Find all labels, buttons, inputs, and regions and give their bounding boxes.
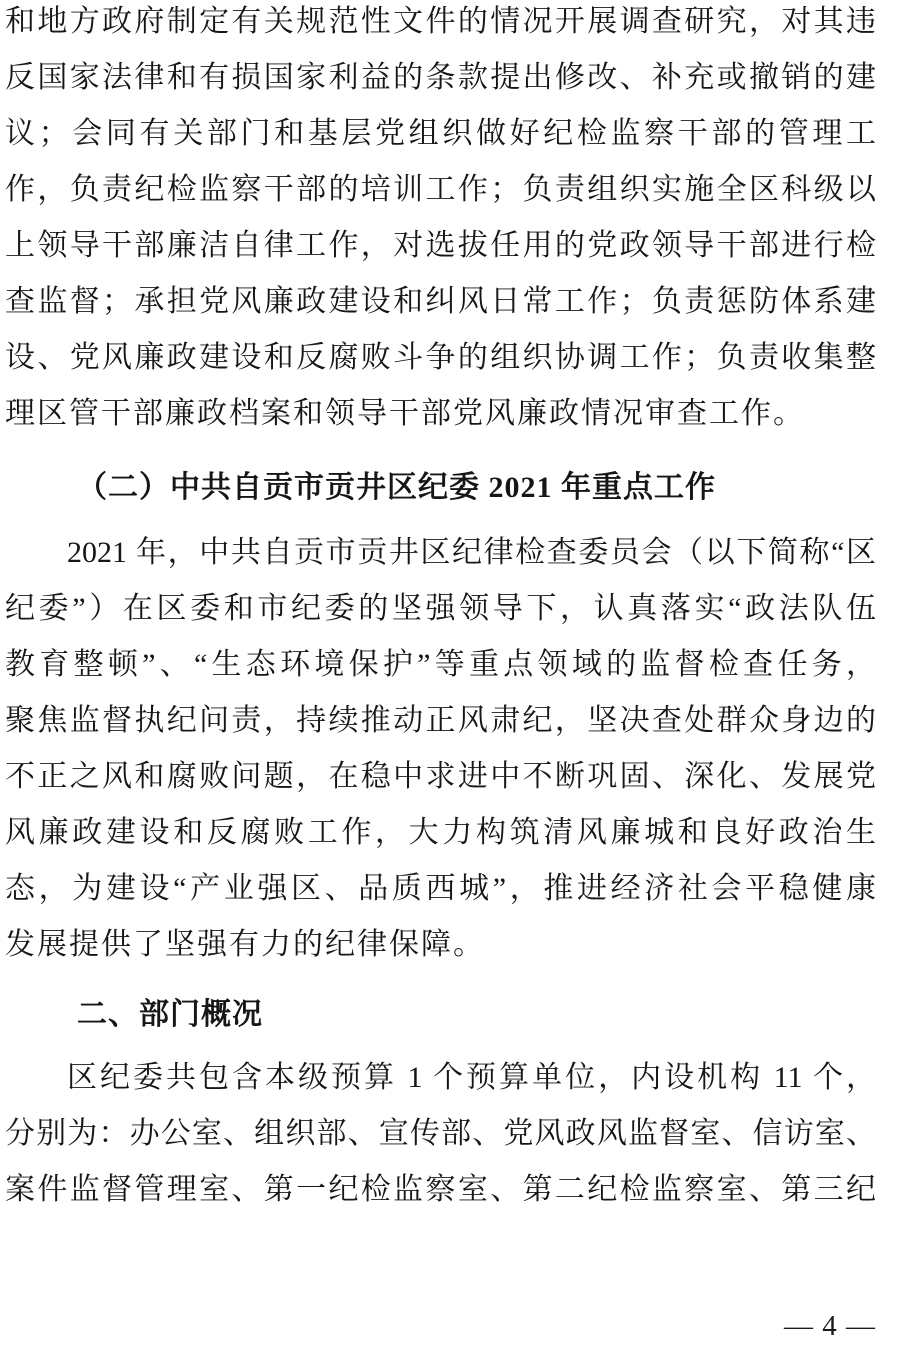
text-line: 风廉政建设和反腐败工作，大力构筑清风廉城和良好政治生 <box>5 805 876 861</box>
text-line: 教育整顿”、“生态环境保护”等重点领域的监督检查任务， <box>5 637 876 693</box>
text-line: 案件监督管理室、第一纪检监察室、第二纪检监察室、第三纪 <box>5 1162 876 1218</box>
text-line: 纪委”）在区委和市纪委的坚强领导下，认真落实“政法队伍 <box>5 581 876 637</box>
text-line: 和地方政府制定有关规范性文件的情况开展调查研究，对其违 <box>5 0 876 50</box>
text-line: 区纪委共包含本级预算 1 个预算单位，内设机构 11 个， <box>5 1050 876 1106</box>
paragraph-keywork: 2021 年，中共自贡市贡井区纪律检查委员会（以下简称“区 纪委”）在区委和市纪… <box>5 525 876 973</box>
section-heading-keywork: （二）中共自贡市贡井区纪委 2021 年重点工作 <box>5 460 876 516</box>
text-line: 反国家法律和有损国家利益的条款提出修改、补充或撤销的建 <box>5 50 876 106</box>
text-line: 聚焦监督执纪问责，持续推动正风肃纪，坚决查处群众身边的 <box>5 693 876 749</box>
text-line: 态，为建设“产业强区、品质西城”，推进经济社会平稳健康 <box>5 861 876 917</box>
text-line: 上领导干部廉洁自律工作，对选拔任用的党政领导干部进行检 <box>5 218 876 274</box>
page-number: — 4 — <box>784 1306 876 1346</box>
text-line: 查监督；承担党风廉政建设和纠风日常工作；负责惩防体系建 <box>5 274 876 330</box>
text-line: 2021 年，中共自贡市贡井区纪律检查委员会（以下简称“区 <box>5 525 876 581</box>
text-column: 和地方政府制定有关规范性文件的情况开展调查研究，对其违 反国家法律和有损国家利益… <box>5 0 876 1218</box>
text-line: 分别为：办公室、组织部、宣传部、党风政风监督室、信访室、 <box>5 1106 876 1162</box>
paragraph-overview: 区纪委共包含本级预算 1 个预算单位，内设机构 11 个， 分别为：办公室、组织… <box>5 1050 876 1218</box>
text-line: 发展提供了坚强有力的纪律保障。 <box>5 917 876 973</box>
text-line: 作，负责纪检监察干部的培训工作；负责组织实施全区科级以 <box>5 162 876 218</box>
section-heading-overview: 二、部门概况 <box>5 987 876 1043</box>
paragraph-duties-continued: 和地方政府制定有关规范性文件的情况开展调查研究，对其违 反国家法律和有损国家利益… <box>5 0 876 442</box>
text-line: 设、党风廉政建设和反腐败斗争的组织协调工作；负责收集整 <box>5 330 876 386</box>
text-line: 议；会同有关部门和基层党组织做好纪检监察干部的管理工 <box>5 106 876 162</box>
text-line: 不正之风和腐败问题，在稳中求进中不断巩固、深化、发展党 <box>5 749 876 805</box>
text-line: 理区管干部廉政档案和领导干部党风廉政情况审查工作。 <box>5 386 876 442</box>
document-page: 和地方政府制定有关规范性文件的情况开展调查研究，对其违 反国家法律和有损国家利益… <box>0 0 900 1350</box>
